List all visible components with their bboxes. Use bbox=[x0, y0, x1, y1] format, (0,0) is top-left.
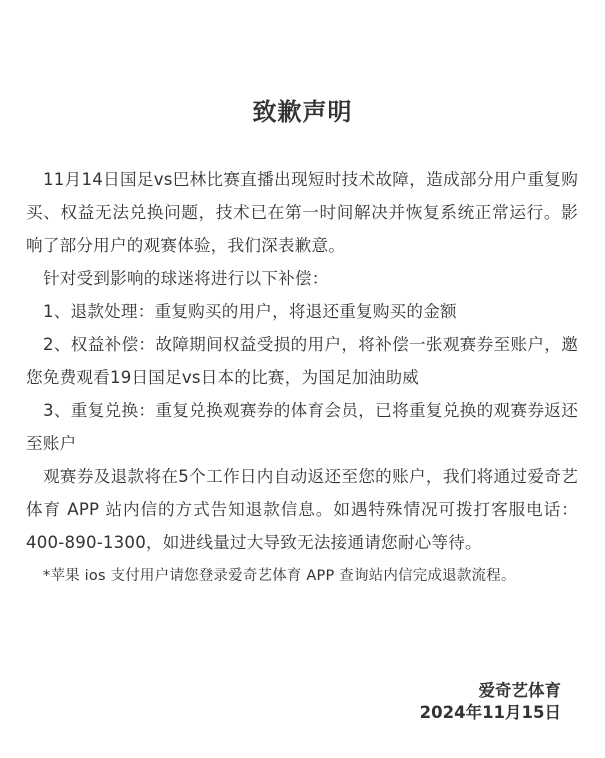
paragraph-refund-timeline: 观赛券及退款将在5个工作日内自动返还至您的账户，我们将通过爱奇艺体育 APP 站… bbox=[26, 460, 578, 559]
paragraph-duplicate-redemption: 3、重复兑换：重复兑换观赛券的体育会员，已将重复兑换的观赛券返还至账户 bbox=[26, 394, 578, 460]
paragraph-compensation-intro: 针对受到影响的球迷将进行以下补偿： bbox=[26, 262, 578, 295]
paragraph-incident: 11月14日国足vs巴林比赛直播出现短时技术故障，造成部分用户重复购买、权益无法… bbox=[26, 163, 578, 262]
signature-block: 爱奇艺体育 2024年11月15日 bbox=[420, 680, 561, 724]
paragraph-rights-compensation: 2、权益补偿：故障期间权益受损的用户，将补偿一张观赛券至账户，邀您免费观看19日… bbox=[26, 328, 578, 394]
page-title: 致歉声明 bbox=[0, 92, 605, 127]
signature-organization: 爱奇艺体育 bbox=[420, 680, 561, 702]
signature-date: 2024年11月15日 bbox=[420, 702, 561, 724]
ios-note: *苹果 ios 支付用户请您登录爱奇艺体育 APP 查询站内信完成退款流程。 bbox=[26, 559, 578, 593]
paragraph-refund: 1、退款处理：重复购买的用户，将退还重复购买的金额 bbox=[26, 295, 578, 328]
statement-body: 11月14日国足vs巴林比赛直播出现短时技术故障，造成部分用户重复购买、权益无法… bbox=[26, 163, 578, 593]
